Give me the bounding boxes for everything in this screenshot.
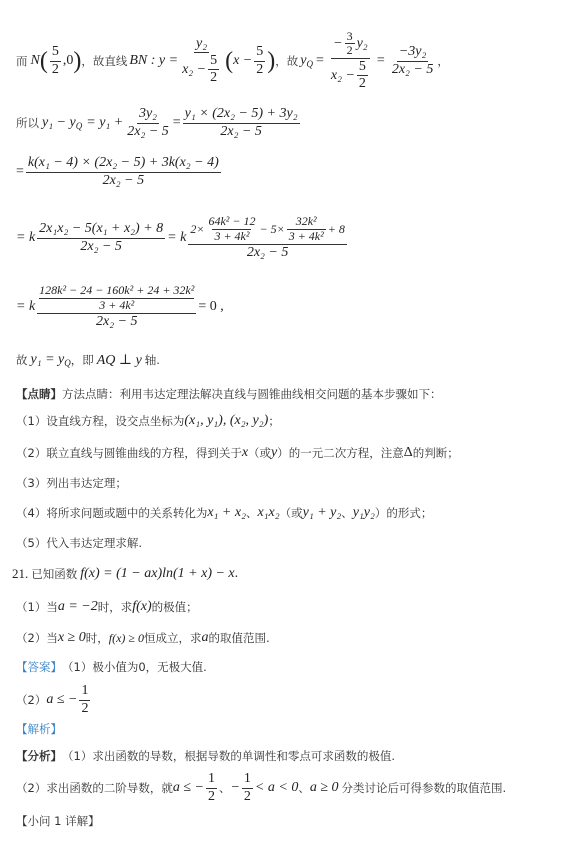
text-er: 而 [16, 53, 28, 69]
yq-label: yQ [300, 53, 313, 69]
perpendicular-math: AQ ⊥ y [97, 352, 142, 369]
tip-step-5: （5） 代入韦达定理求解. [16, 533, 142, 553]
fraction-yq-final: −3y₂2x₂ − 5 [390, 44, 436, 77]
text-axis: 轴. [145, 352, 160, 368]
answer-num: （1） [62, 659, 92, 675]
step-text: 将所求问题或题中的关系转化为 [46, 505, 207, 521]
fraction: 2x₁x₂ − 5(x₁ + x₂) + 82x₂ − 5 [37, 221, 165, 254]
conclusion-math: y₁ = yQ [31, 352, 71, 368]
fraction-5-2: 52 [50, 44, 61, 77]
point-n: N [31, 53, 40, 69]
fenxi-math: a ≤ − [173, 780, 204, 796]
question-math: a = −2 [58, 599, 98, 615]
paren-close: ) [73, 48, 81, 75]
sub-question-1-detail: 【小问 1 详解】 [16, 812, 100, 830]
step-num: （3） [16, 475, 46, 491]
answer-line-1: 【答案】 （1） 极小值为0，无极大值. [16, 657, 207, 677]
derivation-line-bn: 而 N ( 52 ,0 ) ，故直线 BN : y = y₂ x₂ −52 ( … [16, 30, 449, 92]
text-so-line: ，故直线 [81, 53, 127, 69]
question-num: （2） [16, 630, 46, 646]
paren-open: ( [40, 48, 48, 75]
question-math: f(x) [132, 599, 151, 615]
step-tail: ）的形式； [375, 505, 433, 521]
fraction-5-2: 52 [254, 44, 265, 77]
step-num: （2） [16, 445, 46, 461]
step-text: 、 [246, 505, 258, 521]
equals-k: = k [167, 230, 186, 246]
step-text: 联立直线与圆锥曲线的方程，得到关于 [46, 445, 242, 461]
text-gu: 故 [16, 352, 28, 368]
analysis-label: 【解析】 [16, 721, 62, 737]
derivation-line-k: = k(x₁ − 4) × (2x₂ − 5) + 3k(x₂ − 4)2x₂ … [16, 152, 223, 192]
fraction-1-2: 12 [79, 683, 90, 716]
question-text: 当 [46, 599, 58, 615]
step-text: 列出韦达定理； [46, 475, 127, 491]
line-bn-label: BN : y = [129, 53, 178, 69]
step-math: y₁ + y₂ [303, 505, 342, 521]
question-text: 当 [46, 630, 58, 646]
paren-content: x − [233, 53, 252, 69]
derivation-line-vieta: = k 2x₁x₂ − 5(x₁ + x₂) + 82x₂ − 5 = k 2×… [16, 212, 349, 264]
question-math: a [201, 630, 208, 646]
fenxi-label: 【分析】 [16, 748, 62, 764]
fraction-1-2: 12 [206, 771, 217, 804]
text-so-yq: ，故 [275, 53, 298, 69]
fenxi-math: − [230, 780, 239, 796]
fraction-nested: 128k² − 24 − 160k² + 24 + 32k² 3 + 4k² 2… [37, 284, 196, 330]
question-num: （1） [16, 599, 46, 615]
fenxi-math: < a < 0 [255, 780, 298, 796]
step-math: x₁ + x₂ [207, 505, 246, 521]
step-text: （或 [248, 445, 271, 461]
derivation-line-zero: = k 128k² − 24 − 160k² + 24 + 32k² 3 + 4… [16, 280, 224, 334]
equals-k: = k [16, 230, 35, 246]
answer-text: 极小值为0，无极大值. [92, 659, 206, 675]
problem-21-q2: （2） 当 x ≥ 0 时， f(x) ≥ 0 恒成立，求 a 的取值范围. [16, 627, 270, 649]
step-tail: 的判断； [413, 445, 459, 461]
stem-text: 已知函数 [31, 566, 77, 582]
answer-line-2: （2） a ≤ − 12 [16, 680, 92, 720]
step-text: 设直线方程，设交点坐标为 [46, 413, 184, 429]
equals: = [173, 115, 181, 131]
text-suoyi: 所以 [16, 115, 39, 131]
question-text: 时，求 [98, 599, 133, 615]
step-math: y₁y₂ [353, 505, 375, 521]
question-text: 的极值； [152, 599, 198, 615]
comma: ， [437, 53, 449, 69]
fenxi-text: （1）求出函数的导数，根据导数的单调性和零点可求函数的极值. [62, 748, 395, 764]
tip-step-4: （4） 将所求问题或题中的关系转化为 x₁ + x₂ 、 x₁x₂ （或 y₁ … [16, 503, 432, 523]
step-math: x₁x₂ [257, 505, 279, 521]
fraction: y₁ × (2x₂ − 5) + 3y₂2x₂ − 5 [183, 106, 300, 139]
separator: 、 [298, 780, 310, 796]
step-tail: ； [268, 413, 280, 429]
fraction-yq: −32y₂ x₂ −52 [329, 30, 372, 93]
text-ji: ，即 [71, 352, 94, 368]
fraction-slope: y₂ x₂ −52 [180, 36, 223, 86]
analysis-fenxi-1: 【分析】 （1）求出函数的导数，根据导数的单调性和零点可求函数的极值. [16, 746, 395, 766]
tip-label: 【点睛】 [16, 386, 62, 402]
problem-21-q1: （1） 当 a = −2 时，求 f(x) 的极值； [16, 596, 198, 618]
step-num: （4） [16, 505, 46, 521]
tip-step-2: （2） 联立直线与圆锥曲线的方程，得到关于 x （或 y ）的一元二次方程，注意… [16, 443, 459, 463]
fraction-1-2: 12 [242, 771, 253, 804]
question-math: x ≥ 0 [58, 630, 86, 646]
equals-k: = k [16, 299, 35, 315]
step-text: 代入韦达定理求解. [46, 535, 142, 551]
tip-intro-text: 方法点睛：利用韦达定理法解决直线与圆锥曲线相交问题的基本步骤如下： [62, 386, 442, 402]
rhs-start: = y₁ + [86, 115, 123, 131]
problem-number: 21. [12, 566, 28, 582]
fraction-nested: 2× 64k² − 123 + 4k² − 5× 32k²3 + 4k² + 8… [188, 215, 346, 261]
step-text: （或 [280, 505, 303, 521]
result-zero: = 0 , [198, 299, 223, 315]
answer-label: 【答案】 [16, 659, 62, 675]
step-num: （1） [16, 413, 46, 429]
paren-open: ( [225, 48, 233, 75]
step-text: 、 [341, 505, 353, 521]
answer-math: a ≤ − [46, 692, 77, 708]
step-num: （5） [16, 535, 46, 551]
fenxi-math: a ≥ 0 [310, 780, 339, 796]
step-text: ）的一元二次方程，注意 [277, 445, 404, 461]
fraction: 3y₂2x₂ − 5 [125, 106, 171, 139]
derivation-line-y1-yq: 所以 y₁ − yQ = y₁ + 3y₂2x₂ − 5 = y₁ × (2x₂… [16, 105, 302, 141]
tip-intro: 【点睛】 方法点睛：利用韦达定理法解决直线与圆锥曲线相交问题的基本步骤如下： [16, 385, 442, 403]
lhs: y₁ − yQ [42, 115, 82, 131]
question-text: 恒成立，求 [144, 630, 202, 646]
sub1-label: 【小问 1 详解】 [16, 813, 100, 829]
function-definition: f(x) = (1 − ax)ln(1 + x) − x [80, 566, 234, 582]
analysis-fenxi-2: （2）求出函数的二阶导数，就 a ≤ − 12 、 − 12 < a < 0 、… [16, 768, 506, 808]
problem-21-stem: 21. 已知函数 f(x) = (1 − ax)ln(1 + x) − x . [12, 563, 238, 585]
conclusion-line: 故 y₁ = yQ ，即 AQ ⊥ y 轴. [16, 350, 160, 370]
fenxi-text: （2）求出函数的二阶导数，就 [16, 780, 173, 796]
period: . [235, 566, 239, 582]
separator: 、 [219, 780, 231, 796]
delta-symbol: Δ [404, 445, 413, 461]
coord-tail: ,0 [63, 53, 74, 69]
tip-step-1: （1） 设直线方程，设交点坐标为 (x₁, y₁), (x₂, y₂) ； [16, 410, 280, 432]
step-math: (x₁, y₁), (x₂, y₂) [184, 413, 268, 429]
tip-step-3: （3） 列出韦达定理； [16, 473, 127, 493]
answer-num: （2） [16, 692, 46, 708]
question-text: 时， [86, 630, 109, 646]
equals: = [316, 53, 324, 69]
question-math: f(x) ≥ 0 [109, 631, 144, 646]
question-text: 的取值范围. [208, 630, 269, 646]
equals: = [16, 164, 24, 180]
fraction: k(x₁ − 4) × (2x₂ − 5) + 3k(x₂ − 4)2x₂ − … [26, 155, 221, 188]
paren-close: ) [267, 48, 275, 75]
equals: = [377, 53, 385, 69]
fenxi-text: 分类讨论后可得参数的取值范围. [342, 780, 507, 796]
analysis-label-line: 【解析】 [16, 720, 62, 738]
